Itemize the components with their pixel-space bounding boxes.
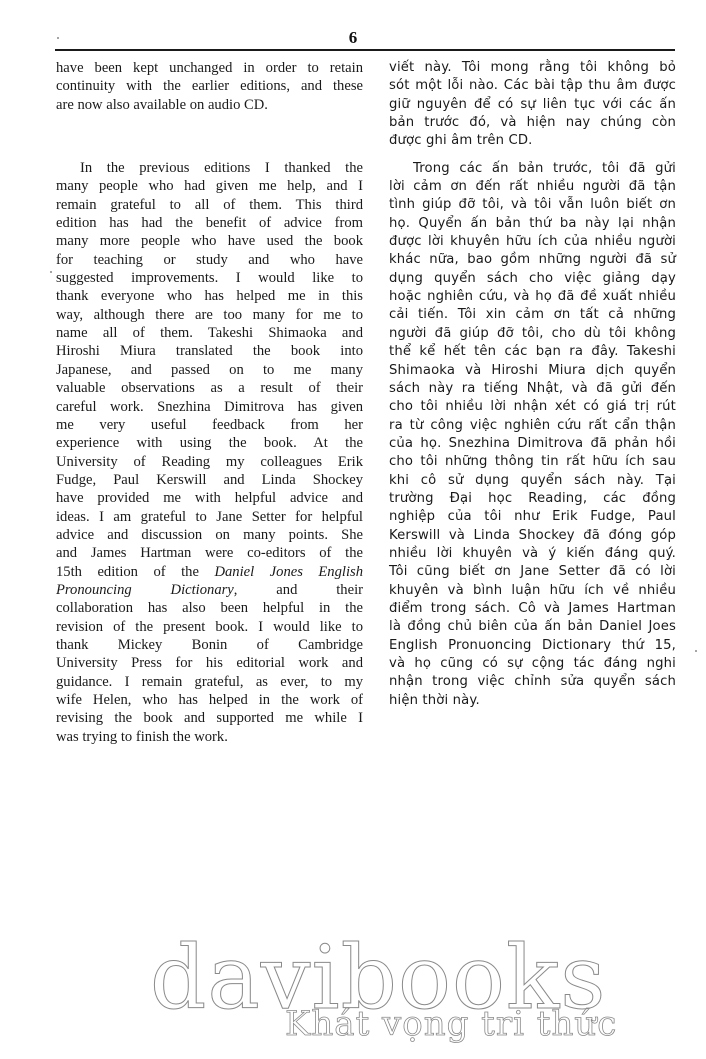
text-line: điểm trong sách. Cô và James Hartman bbox=[389, 600, 676, 618]
text-line: thank Mickey Bonin of Cambridge bbox=[56, 636, 363, 654]
text-line: tình giúp đỡ tôi, và tôi vẫn luôn biết ơ… bbox=[389, 196, 676, 214]
text-line: me very useful feedback from her bbox=[56, 416, 363, 434]
vietnamese-column: viết này. Tôi mong rằng tôi không bỏsót … bbox=[389, 59, 676, 710]
text-line: experience with using the book. At the bbox=[56, 434, 363, 452]
text-line: khác nữa, bao gồm những người đã sử bbox=[389, 251, 676, 269]
text-line: hiện thời này. bbox=[389, 692, 676, 710]
text-line: are now also available on audio CD. bbox=[56, 96, 363, 114]
text-line: many more people who have used the book bbox=[56, 232, 363, 250]
text-line: thank everyone who has helped me in this bbox=[56, 287, 363, 305]
text-line: nhiều lời khuyên và ý kiến đáng quý. bbox=[389, 545, 676, 563]
text-line: sót một lỗi nào. Các bài tập thu âm được bbox=[389, 77, 676, 95]
text-line: của họ. Snezhina Dimitrova đã phản hồi bbox=[389, 435, 676, 453]
text-line: valuable observations as a result of the… bbox=[56, 379, 363, 397]
text-line: là đồng chủ biên của ấn bản Daniel Joes bbox=[389, 618, 676, 636]
scan-speck bbox=[50, 271, 52, 273]
text-line: edition has had the benefit of advice fr… bbox=[56, 214, 363, 232]
text-line: hoặc nghiên cứu, và họ đã đề xuất nhiều bbox=[389, 288, 676, 306]
text-line: guidance. I remain grateful, as ever, to… bbox=[56, 673, 363, 691]
text-line: continuity with the earlier editions, an… bbox=[56, 77, 363, 95]
text-line: cho tôi những thông tin rất hữu ích sau bbox=[389, 453, 676, 471]
text-line: have provided me with helpful advice and bbox=[56, 489, 363, 507]
text-line: cho tôi nhiều lời nhận xét có giá trị rú… bbox=[389, 398, 676, 416]
english-paragraph-2: In the previous editions I thanked thema… bbox=[56, 159, 363, 746]
text-line: advice and discussion on many points. Sh… bbox=[56, 526, 363, 544]
text-line: Trong các ấn bản trước, tôi đã gửi bbox=[389, 160, 676, 178]
text-line: khi cô sử dụng quyển sách này. Tại bbox=[389, 472, 676, 490]
text-line: giữ nguyên để có sự liên tục với các ấn bbox=[389, 96, 676, 114]
watermark-tagline: Khát vọng tri thức bbox=[285, 1004, 617, 1044]
text-line: trường Đại học Reading, các đồng bbox=[389, 490, 676, 508]
english-column: have been kept unchanged in order to ret… bbox=[56, 59, 363, 746]
book-title: Pronouncing Dictionary bbox=[56, 582, 234, 598]
text-line: 15th edition of the Daniel Jones English bbox=[56, 563, 363, 581]
text-line: Pronouncing Dictionary, and their bbox=[56, 581, 363, 599]
book-title: Daniel Jones English bbox=[214, 564, 363, 580]
text-line: sách này ra tiếng Nhật, và đã gửi đến bbox=[389, 380, 676, 398]
text-line: Shimaoka và Hiroshi Miura dịch quyển bbox=[389, 362, 676, 380]
text-line: many people who had given me help, and I bbox=[56, 177, 363, 195]
text-line: nghiệp của tôi như Erik Fudge, Paul bbox=[389, 508, 676, 526]
text-line: revision of the present book. I would li… bbox=[56, 618, 363, 636]
text-line: ideas. I am grateful to Jane Setter for … bbox=[56, 508, 363, 526]
text-line: Fudge, Paul Kerswill and Linda Shockey bbox=[56, 471, 363, 489]
text-line: người đã giúp đỡ tôi, cho dù tôi không bbox=[389, 325, 676, 343]
scan-speck bbox=[695, 650, 697, 652]
page-number: 6 bbox=[0, 28, 706, 48]
text-line: Kerswill và Linda Shockey đã đóng góp bbox=[389, 527, 676, 545]
text-line: and James Hartman were co-editors of the bbox=[56, 544, 363, 562]
text-line: dụng quyển sách cho việc giảng dạy bbox=[389, 270, 676, 288]
text-line: careful work. Snezhina Dimitrova has giv… bbox=[56, 398, 363, 416]
vietnamese-paragraph-2: Trong các ấn bản trước, tôi đã gửilời cả… bbox=[389, 160, 676, 710]
scan-speck bbox=[57, 37, 59, 39]
text-line: cải tiến. Tôi xin cảm ơn tất cả những bbox=[389, 306, 676, 324]
text-line: được ghi âm trên CD. bbox=[389, 132, 676, 150]
text-line: for teaching or study and who have bbox=[56, 251, 363, 269]
text-line: lời cảm ơn đến rất nhiều người đã tận bbox=[389, 178, 676, 196]
english-paragraph-1: have been kept unchanged in order to ret… bbox=[56, 59, 363, 114]
text-line: way, although there are too many for me … bbox=[56, 306, 363, 324]
text-line: suggested improvements. I would like to bbox=[56, 269, 363, 287]
header-rule bbox=[55, 49, 675, 51]
text-line: was trying to finish the work. bbox=[56, 728, 363, 746]
text-line: revising the book and supported me while… bbox=[56, 709, 363, 727]
text-line: khuyên và bình luận hữu ích về nhiều bbox=[389, 582, 676, 600]
text-line: English Pronuoncing Dictionary thứ 15, bbox=[389, 637, 676, 655]
text-line: thể kể hết tên các bạn ra đây. Takeshi bbox=[389, 343, 676, 361]
text-line: wife Helen, who has helped in the work o… bbox=[56, 691, 363, 709]
text-line: và họ cũng có sự cộng tác đáng nghi bbox=[389, 655, 676, 673]
text-line: name all of them. Takeshi Shimaoka and bbox=[56, 324, 363, 342]
text-line: University of Reading my colleagues Erik bbox=[56, 453, 363, 471]
text-line: remain grateful to all of them. This thi… bbox=[56, 196, 363, 214]
text-line: ra từ công việc nghiên cứu rất cẩn thận bbox=[389, 417, 676, 435]
text-line: Tôi cũng biết ơn Jane Setter đã có lời bbox=[389, 563, 676, 581]
text-line: viết này. Tôi mong rằng tôi không bỏ bbox=[389, 59, 676, 77]
vietnamese-paragraph-1: viết này. Tôi mong rằng tôi không bỏsót … bbox=[389, 59, 676, 151]
text-line: nhận trong việc chỉnh sửa quyển sách bbox=[389, 673, 676, 691]
text-line: have been kept unchanged in order to ret… bbox=[56, 59, 363, 77]
text-line: collaboration has also been helpful in t… bbox=[56, 599, 363, 617]
text-line: In the previous editions I thanked the bbox=[56, 159, 363, 177]
text-line: được lời khuyên hữu ích của nhiều người bbox=[389, 233, 676, 251]
text-line: Hiroshi Miura translated the book into bbox=[56, 342, 363, 360]
text-line: Japanese, and passed on to me many bbox=[56, 361, 363, 379]
text-line: bản trước đó, và hiện nay chúng còn bbox=[389, 114, 676, 132]
text-line: họ. Quyển ấn bản thứ ba này lại nhận bbox=[389, 215, 676, 233]
text-line: University Press for his editorial work … bbox=[56, 654, 363, 672]
